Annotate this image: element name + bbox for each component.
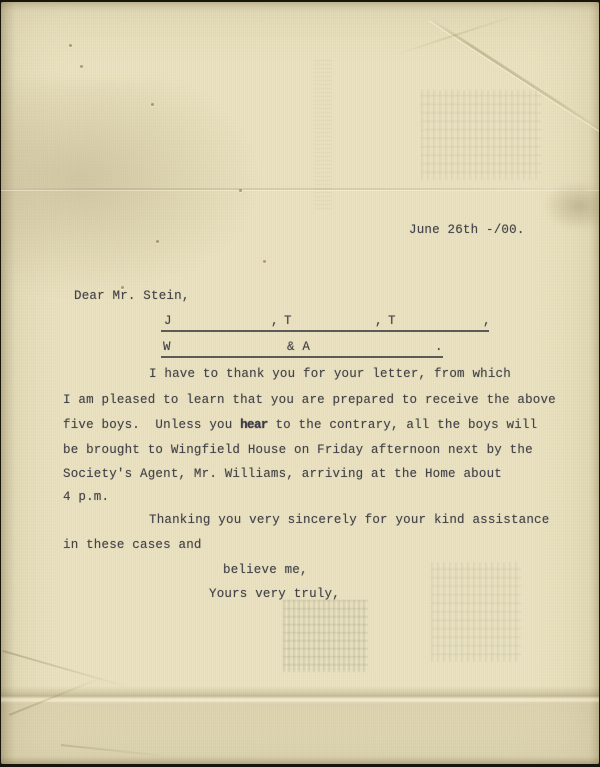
paper-edge-shade-bottom <box>1 756 599 764</box>
paper-speck <box>151 103 154 106</box>
body-line-3-overstruck-word: hear <box>240 418 268 432</box>
paper-speck <box>239 189 242 192</box>
redacted-comma: , <box>483 313 491 329</box>
body-line-1: I have to thank you for your letter, fro… <box>149 366 511 382</box>
bleed-through-bottom-right <box>431 562 521 662</box>
bleed-through-bottom-left <box>283 600 368 672</box>
salutation: Dear Mr. Stein, <box>74 288 190 304</box>
crease-horizontal-upper <box>1 188 599 190</box>
paper-speck <box>80 65 83 68</box>
crease-diagonal-top-right-2 <box>394 14 518 56</box>
redacted-initial: J <box>164 313 172 329</box>
body-line-2: I am pleased to learn that you are prepa… <box>63 392 556 408</box>
crease-top-left-shadow <box>1 82 281 312</box>
crease-diagonal-top-right <box>429 18 599 132</box>
paper-edge-shade-right <box>589 2 599 764</box>
paper-speck <box>263 260 266 263</box>
crease-bottom-left-2 <box>9 677 102 716</box>
body-line-4: be brought to Wingfield House on Friday … <box>63 442 533 458</box>
body-line-6: 4 p.m. <box>63 489 109 505</box>
body-line-7: Thanking you very sincerely for your kin… <box>149 512 549 528</box>
paper-speck <box>69 44 72 47</box>
bleed-through-column <box>314 57 332 209</box>
body-line-3-post: to the contrary, all the boys will <box>268 418 538 432</box>
body-line-3-pre: five boys. Unless you <box>63 418 240 432</box>
photo-frame: June 26th -/00. Dear Mr. Stein, J , T , … <box>0 0 600 767</box>
redacted-name-line-2: W & A . <box>161 339 443 358</box>
body-line-3: five boys. Unless you hear to the contra… <box>63 417 537 433</box>
redacted-name-line-1: J , T , T , <box>161 313 489 332</box>
redacted-comma: , <box>271 313 279 329</box>
redacted-initial: T <box>284 313 292 329</box>
paper-edge-shade-top <box>1 2 599 12</box>
fold-line-bottom <box>1 686 599 704</box>
redacted-initial: & A <box>287 339 310 355</box>
date-line: June 26th -/00. <box>409 222 525 238</box>
body-line-8: in these cases and <box>63 537 202 553</box>
redacted-period: . <box>435 339 443 355</box>
paper-speck <box>156 240 159 243</box>
redacted-initial: T <box>388 313 396 329</box>
paper-edge-shade-left <box>1 2 15 764</box>
crease-bottom-left-1 <box>2 650 128 688</box>
redacted-initial: W <box>163 339 171 355</box>
below-fold-shading <box>1 702 599 764</box>
bleed-through-top-right <box>421 90 541 180</box>
redacted-comma: , <box>375 313 383 329</box>
body-line-5: Society's Agent, Mr. Williams, arriving … <box>63 466 502 482</box>
letter-paper: June 26th -/00. Dear Mr. Stein, J , T , … <box>1 2 599 764</box>
closing-line-1: believe me, <box>223 562 308 578</box>
closing-line-2: Yours very truly, <box>209 586 340 602</box>
